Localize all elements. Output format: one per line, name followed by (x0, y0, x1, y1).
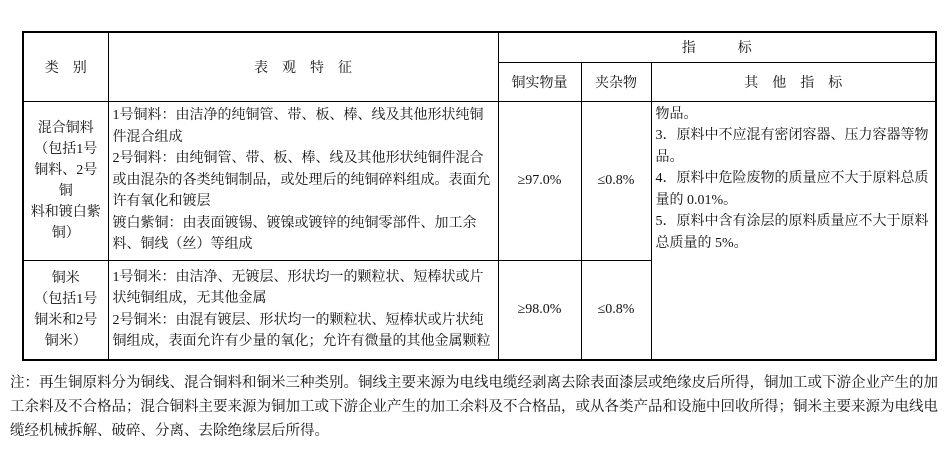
footnote: 注：再生铜原料分为铜线、混合铜料和铜米三种类别。铜线主要来源为电线电缆经剥离去除… (10, 371, 938, 443)
other-indicators-cell: 物品。 3．原料中不应混有密闭容器、压力容器等物品。 4．原料中危险废物的质量应… (651, 101, 936, 360)
header-other-indicators: 其 他 指 标 (651, 62, 936, 101)
table-row: 混合铜料 （包括1号 铜料、2号铜 料和镀白紫 铜） 1号铜料：由洁净的纯铜管、… (23, 101, 936, 260)
document-page: 类 别 表 观 特 征 指 标 铜实物量 夹杂物 其 他 指 标 混合铜料 （包… (0, 0, 945, 450)
table-header-row-1: 类 别 表 观 特 征 指 标 (23, 32, 936, 62)
impurities-cell: ≤0.8% (581, 101, 651, 260)
spec-table: 类 别 表 观 特 征 指 标 铜实物量 夹杂物 其 他 指 标 混合铜料 （包… (22, 31, 937, 361)
header-impurities: 夹杂物 (581, 62, 651, 101)
copper-content-cell: ≥98.0% (498, 260, 581, 360)
impurities-cell: ≤0.8% (581, 260, 651, 360)
header-appearance: 表 观 特 征 (108, 32, 498, 101)
header-category: 类 别 (23, 32, 108, 101)
appearance-cell: 1号铜米：由洁净、无镀层、形状均一的颗粒状、短棒状或片状纯铜组成，无其他金属 2… (108, 260, 498, 360)
header-copper-content: 铜实物量 (498, 62, 581, 101)
copper-content-cell: ≥97.0% (498, 101, 581, 260)
appearance-cell: 1号铜料：由洁净的纯铜管、带、板、棒、线及其他形状纯铜件混合组成 2号铜料：由纯… (108, 101, 498, 260)
header-indicators: 指 标 (498, 32, 936, 62)
category-cell: 铜米 （包括1号 铜米和2号 铜米） (23, 260, 108, 360)
category-cell: 混合铜料 （包括1号 铜料、2号铜 料和镀白紫 铜） (23, 101, 108, 260)
